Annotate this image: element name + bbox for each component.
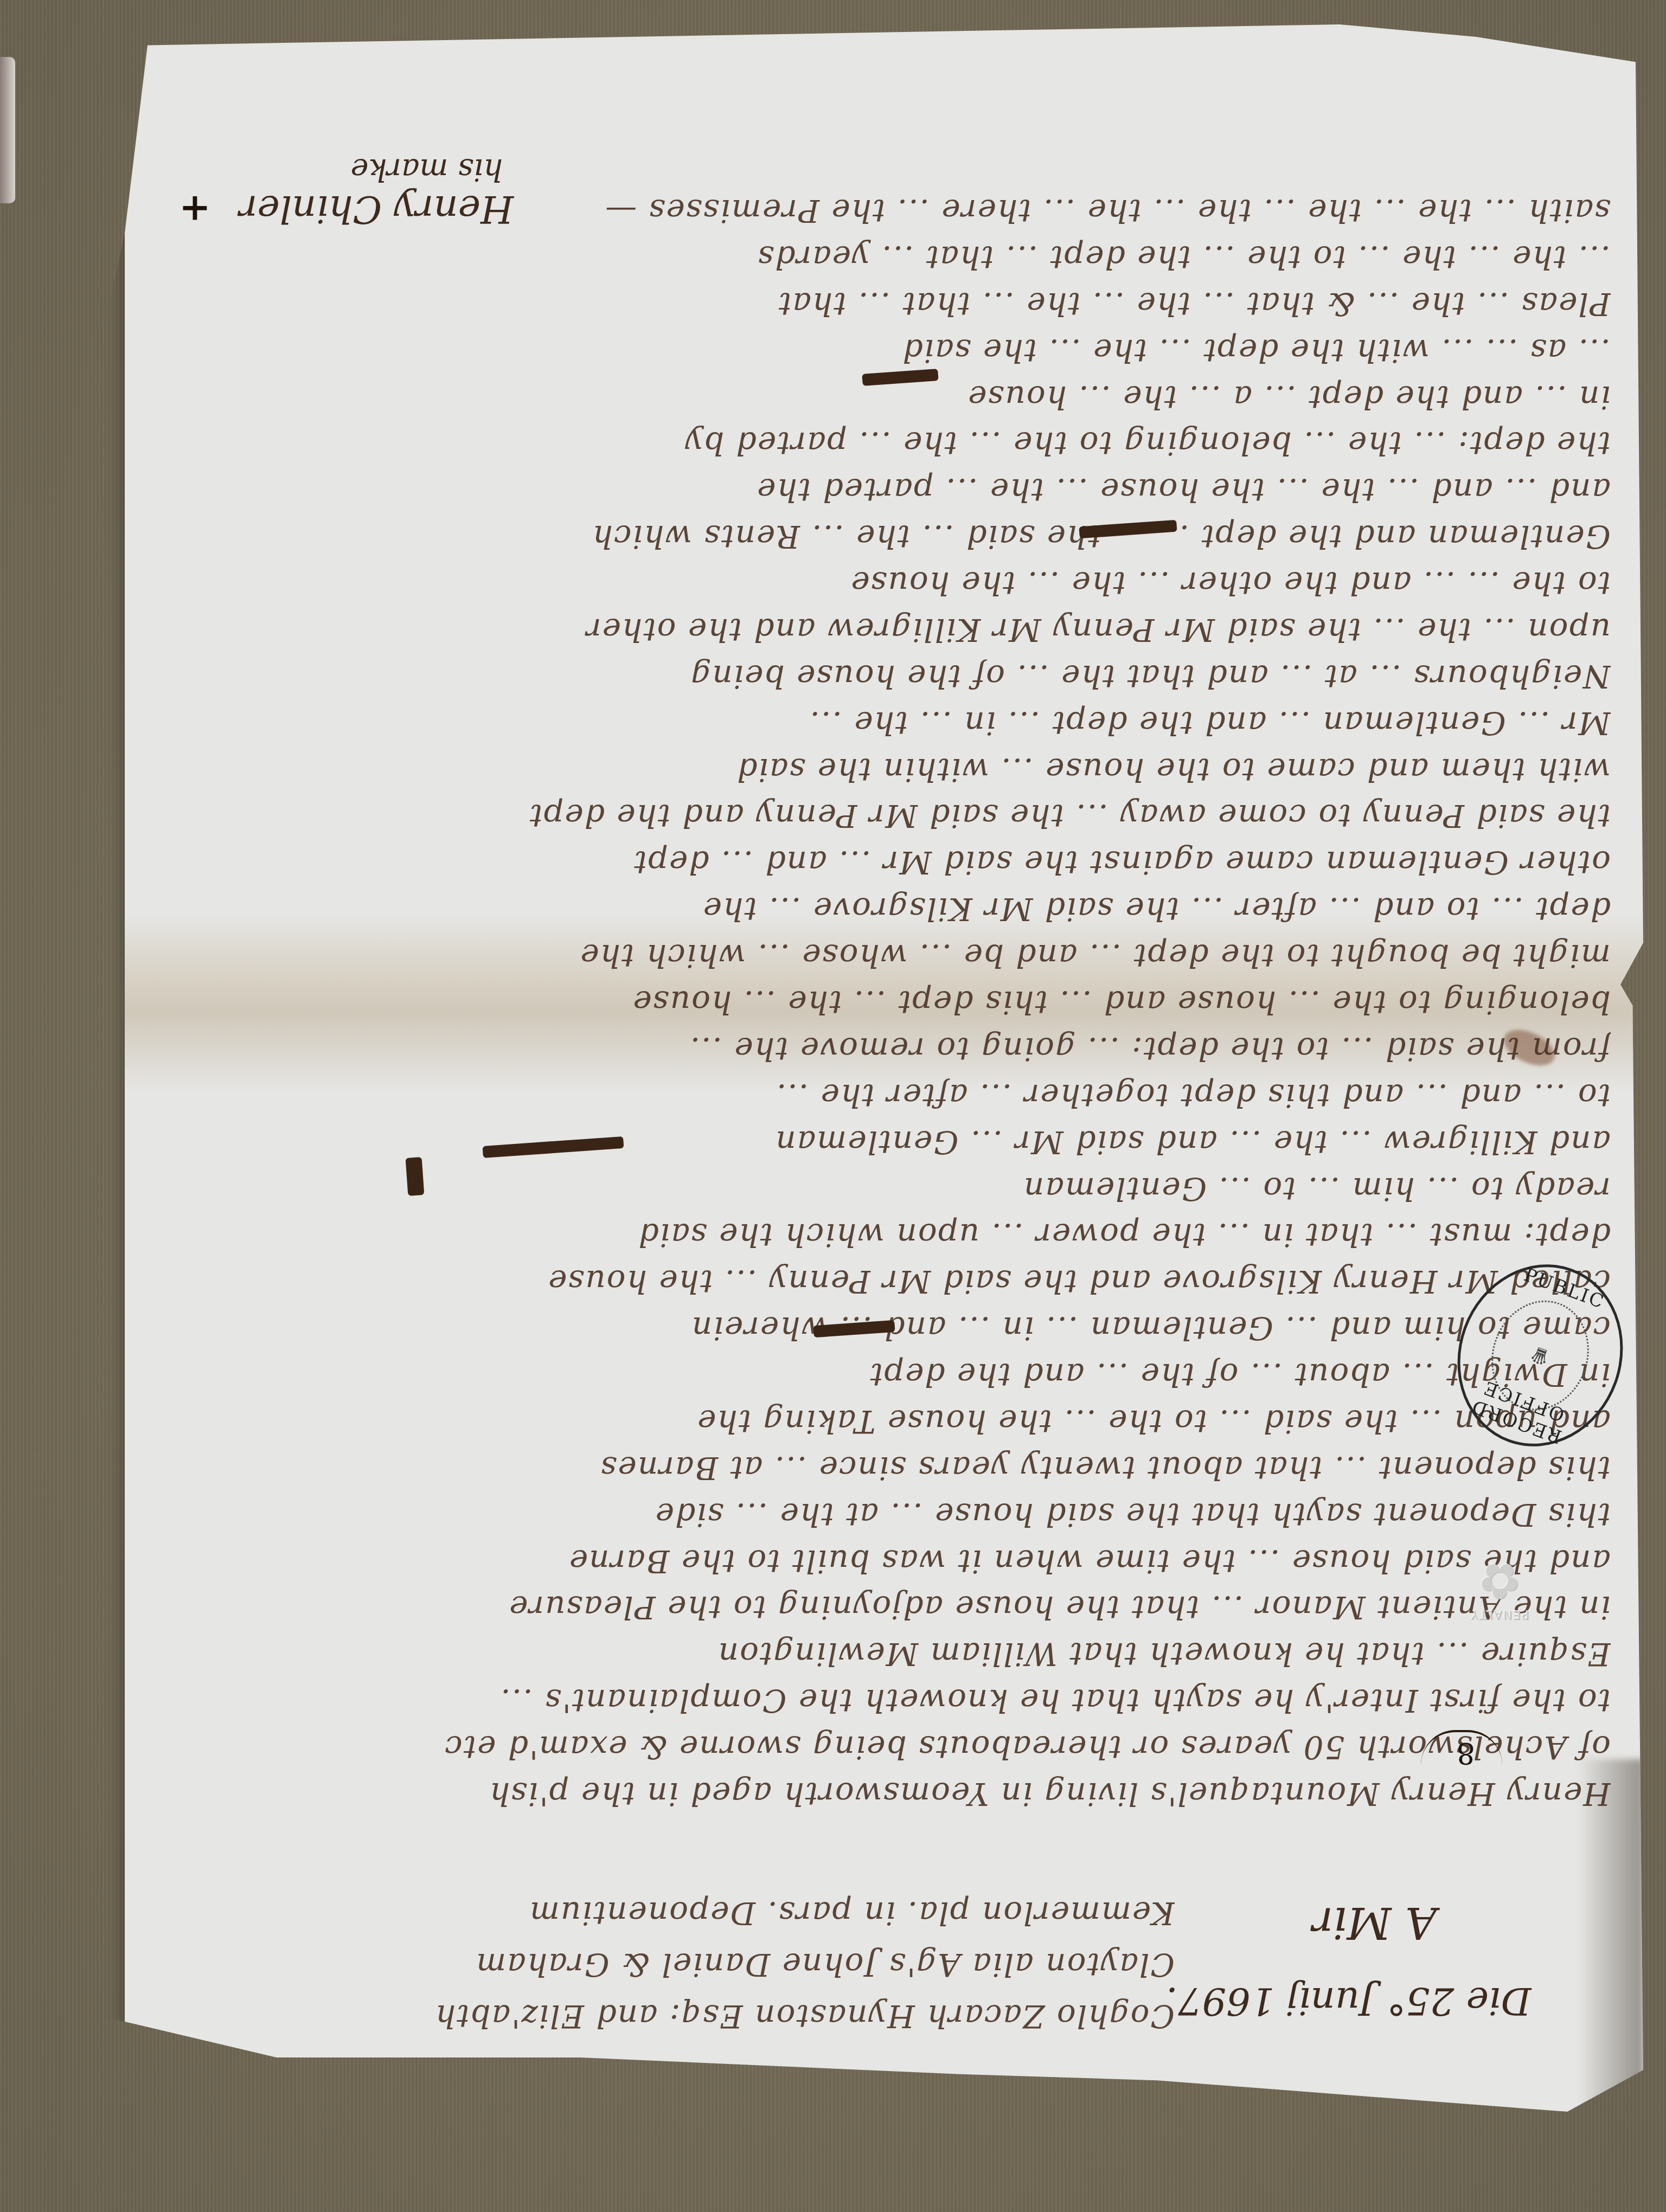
manuscript-line: to the first Inter'y he sayth that he kn… [157,1682,1611,1719]
manuscript-line: this deponent ... that about twenty year… [157,1450,1611,1487]
folio-number-text: 8 [1457,1736,1475,1770]
manuscript-line: with them and came to the house ... with… [157,751,1611,788]
manuscript-line: called Mr Henry Kilsgrove and the said M… [157,1263,1611,1300]
manuscript-line: from the said ... to the dept: ... going… [157,1031,1611,1068]
manuscript-line: Neighbours ... at ... and that the ... o… [157,658,1611,695]
manuscript-line: Esquire ... that he knoweth that William… [157,1636,1611,1673]
opening-line: Kemmerlon pla. in pars. Deponentium [157,1895,1175,1932]
manuscript-line: upon ... the ... the said Mr Penny Mr Ki… [157,612,1611,648]
emboss-label: PENALTY [1464,1607,1535,1621]
manuscript-line: dept: must ... that in ... the power ...… [157,1217,1611,1253]
manuscript-line: this Deponent sayth that the said house … [157,1496,1611,1533]
manuscript-line: and ... and ... the ... the house ... th… [157,472,1611,509]
signature-name: Henry Chinler [239,187,514,232]
embossed-seal: PENALTY ✿ [1464,1513,1535,1621]
body-text: Henry Henry Mountaquel's living in Yeoms… [157,24,1611,2112]
manuscript-line: the said Penny to come away ... the said… [157,798,1611,834]
manuscript-line: Henry Henry Mountaquel's living in Yeoms… [157,1776,1611,1812]
manuscript-line: ... as ... ... with the dept ... the ...… [157,332,1611,369]
opening-line: Clayton alia Ag's Johne Daniel & Graham [157,1946,1175,1983]
signature-mark-icon: + [179,187,211,232]
date-line: Die 25° Junij 1697. [1166,1979,1531,2023]
manuscript-line: and the said house ... the time when it … [157,1543,1611,1580]
manuscript-line: to ... and ... and this dept together ..… [157,1077,1611,1114]
manuscript-line: belonging to the ... house and ... this … [157,984,1611,1021]
manuscript-line: the dept: ... the ... belonging to the .… [157,425,1611,462]
opening-line: Coghlo Zacarh Hynaston Esq: and Eliz'abt… [157,1998,1175,2035]
manuscript-page: Henry Henry Mountaquel's living in Yeoms… [125,24,1643,2112]
manuscript-line: might be bought to the dept ... and be .… [157,937,1611,974]
manuscript-line: ... the ... the ... to the ... the dept … [157,239,1611,276]
manuscript-line: Pleas ... the ... & that ... the ... the… [157,286,1611,323]
signature-block: Henry Chinler + his marke [163,152,514,232]
paper-scrap-left [0,57,15,203]
manuscript-line: and upon ... the said ... to the ... the… [157,1403,1611,1440]
manuscript-line: in Dwight ... about ... of the ... and t… [157,1356,1611,1393]
manuscript-line: other Gentleman came against the said Mr… [157,844,1611,881]
signature-mark-label: his marke [163,152,503,187]
manuscript-line: in ... and the dept ... a ... the ... ho… [157,379,1611,416]
manuscript-line: ready to ... him ... to ... Gentleman [157,1171,1611,1207]
manuscript-line: Gentleman and the dept ... ... the said … [157,518,1611,555]
manuscript-line: Mr ... Gentleman ... and the dept ... in… [157,705,1611,742]
folio-number: 8 [1415,1727,1502,1770]
manuscript-line: of Achelsworth 50 yeares or thereabouts … [157,1729,1611,1766]
manuscript-line: in the Antient Manor ... that the house … [157,1589,1611,1626]
ink-blot [406,1157,425,1196]
heading-abbrev: A Mir [1312,1898,1437,1948]
manuscript-line: to the ... ... and the other ... the ...… [157,565,1611,602]
tudor-rose-icon: ✿ [1464,1553,1535,1607]
manuscript-line: and Killigrew ... the ... and said Mr ..… [157,1124,1611,1161]
manuscript-line: dept ... to and ... after ... the said M… [157,891,1611,928]
